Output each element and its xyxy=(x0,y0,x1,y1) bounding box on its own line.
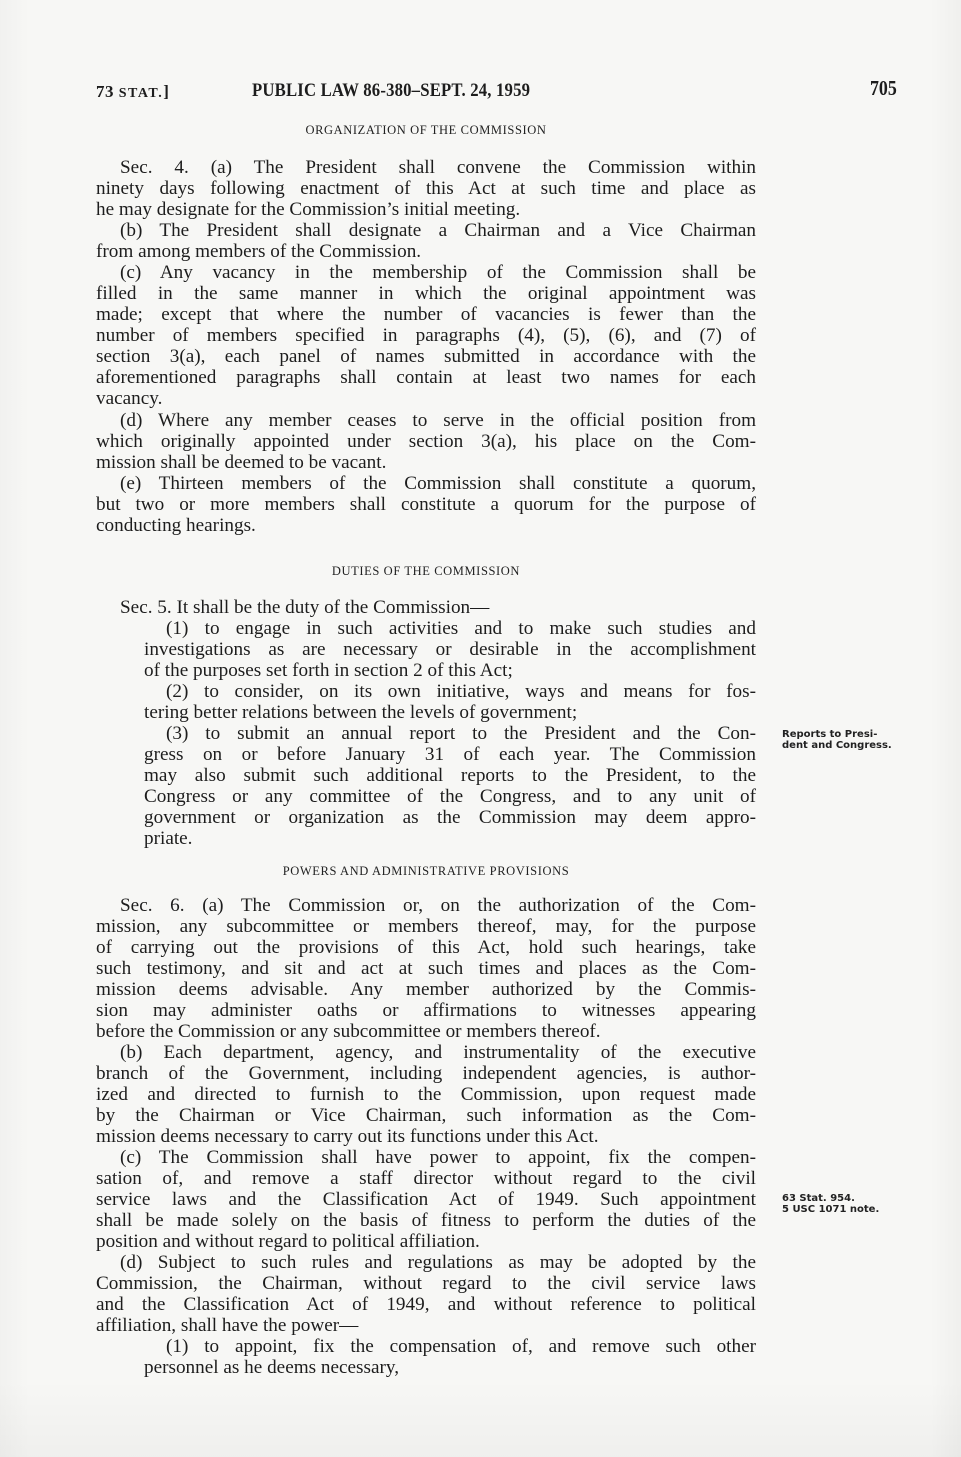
text-line: (e) Thirteen members of the Commission s… xyxy=(120,473,756,494)
margin-note-line: 5 USC 1071 note. xyxy=(782,1204,922,1215)
text-line: gress on or before January 31 of each ye… xyxy=(144,744,756,765)
text-line: (c) Any vacancy in the membership of the… xyxy=(120,262,756,283)
margin-note-line: dent and Congress. xyxy=(782,740,922,751)
text-line: priate. xyxy=(144,828,756,849)
text-line: mission, any subcommittee or members the… xyxy=(96,916,756,937)
text-line: (c) The Commission shall have power to a… xyxy=(120,1147,756,1168)
section-heading-duties: DUTIES OF THE COMMISSION xyxy=(96,564,756,579)
law-title: PUBLIC LAW 86-380–SEPT. 24, 1959 xyxy=(252,80,530,102)
text-line: mission deems necessary to carry out its… xyxy=(96,1126,756,1147)
text-line: which originally appointed under section… xyxy=(96,431,756,452)
text-line: (b) The President shall designate a Chai… xyxy=(120,220,756,241)
text-line: Commission, the Chairman, without regard… xyxy=(96,1273,756,1294)
text-line: personnel as he deems necessary, xyxy=(144,1357,756,1378)
margin-note-line: 63 Stat. 954. xyxy=(782,1193,922,1204)
statute-volume: 73 Stat.] xyxy=(96,82,169,102)
text-line: Sec. 5. It shall be the duty of the Comm… xyxy=(120,597,756,618)
text-line: made; except that where the number of va… xyxy=(96,304,756,325)
text-line: number of members specified in paragraph… xyxy=(96,325,756,346)
text-line: filled in the same manner in which the o… xyxy=(96,283,756,304)
text-line: section 3(a), each panel of names submit… xyxy=(96,346,756,367)
text-line: vacancy. xyxy=(96,388,756,409)
text-line: investigations as are necessary or desir… xyxy=(144,639,756,660)
text-line: sion may administer oaths or affirmation… xyxy=(96,1000,756,1021)
text-line: conducting hearings. xyxy=(96,515,756,536)
text-line: by the Chairman or Vice Chairman, such i… xyxy=(96,1105,756,1126)
text-line: of the purposes set forth in section 2 o… xyxy=(144,660,756,681)
text-line: (3) to submit an annual report to the Pr… xyxy=(166,723,756,744)
volume-label: Stat. xyxy=(119,86,163,101)
margin-note-citation: 63 Stat. 954. 5 USC 1071 note. xyxy=(782,1193,922,1215)
text-line: (1) to engage in such activities and to … xyxy=(166,618,756,639)
text-line: but two or more members shall constitute… xyxy=(96,494,756,515)
text-line: ninety days following enactment of this … xyxy=(96,178,756,199)
text-line: mission deems advisable. Any member auth… xyxy=(96,979,756,1000)
text-line: sation of, and remove a staff director w… xyxy=(96,1168,756,1189)
text-line: aforementioned paragraphs shall contain … xyxy=(96,367,756,388)
volume-number: 73 xyxy=(96,82,114,101)
text-line: (d) Subject to such rules and regulation… xyxy=(120,1252,756,1273)
text-line: may also submit such additional reports … xyxy=(144,765,756,786)
page-number: 705 xyxy=(870,76,897,101)
text-line: and the Classification Act of 1949, and … xyxy=(96,1294,756,1315)
text-line: Sec. 4. (a) The President shall convene … xyxy=(120,157,756,178)
text-line: government or organization as the Commis… xyxy=(144,807,756,828)
text-line: before the Commission or any subcommitte… xyxy=(96,1021,756,1042)
text-line: position and without regard to political… xyxy=(96,1231,756,1252)
text-line: tering better relations between the leve… xyxy=(144,702,756,723)
running-header: 73 Stat.] PUBLIC LAW 86-380–SEPT. 24, 19… xyxy=(96,78,906,108)
section-heading-organization: ORGANIZATION OF THE COMMISSION xyxy=(96,123,756,138)
text-line: from among members of the Commission. xyxy=(96,241,756,262)
text-line: he may designate for the Commission’s in… xyxy=(96,199,756,220)
text-line: service laws and the Classification Act … xyxy=(96,1189,756,1210)
text-line: affiliation, shall have the power— xyxy=(96,1315,756,1336)
margin-note-reports: Reports to Presi- dent and Congress. xyxy=(782,729,922,751)
bracket: ] xyxy=(163,82,169,101)
text-line: of carrying out the provisions of this A… xyxy=(96,937,756,958)
text-line: branch of the Government, including inde… xyxy=(96,1063,756,1084)
text-line: ized and directed to furnish to the Comm… xyxy=(96,1084,756,1105)
text-line: Congress or any committee of the Congres… xyxy=(144,786,756,807)
text-line: such testimony, and sit and act at such … xyxy=(96,958,756,979)
section-heading-powers: POWERS AND ADMINISTRATIVE PROVISIONS xyxy=(96,864,756,879)
text-line: shall be made solely on the basis of fit… xyxy=(96,1210,756,1231)
text-line: (d) Where any member ceases to serve in … xyxy=(120,410,756,431)
text-line: Sec. 6. (a) The Commission or, on the au… xyxy=(120,895,756,916)
text-line: mission shall be deemed to be vacant. xyxy=(96,452,756,473)
margin-note-line: Reports to Presi- xyxy=(782,729,922,740)
text-line: (b) Each department, agency, and instrum… xyxy=(120,1042,756,1063)
text-line: (1) to appoint, fix the compensation of,… xyxy=(166,1336,756,1357)
text-line: (2) to consider, on its own initiative, … xyxy=(166,681,756,702)
